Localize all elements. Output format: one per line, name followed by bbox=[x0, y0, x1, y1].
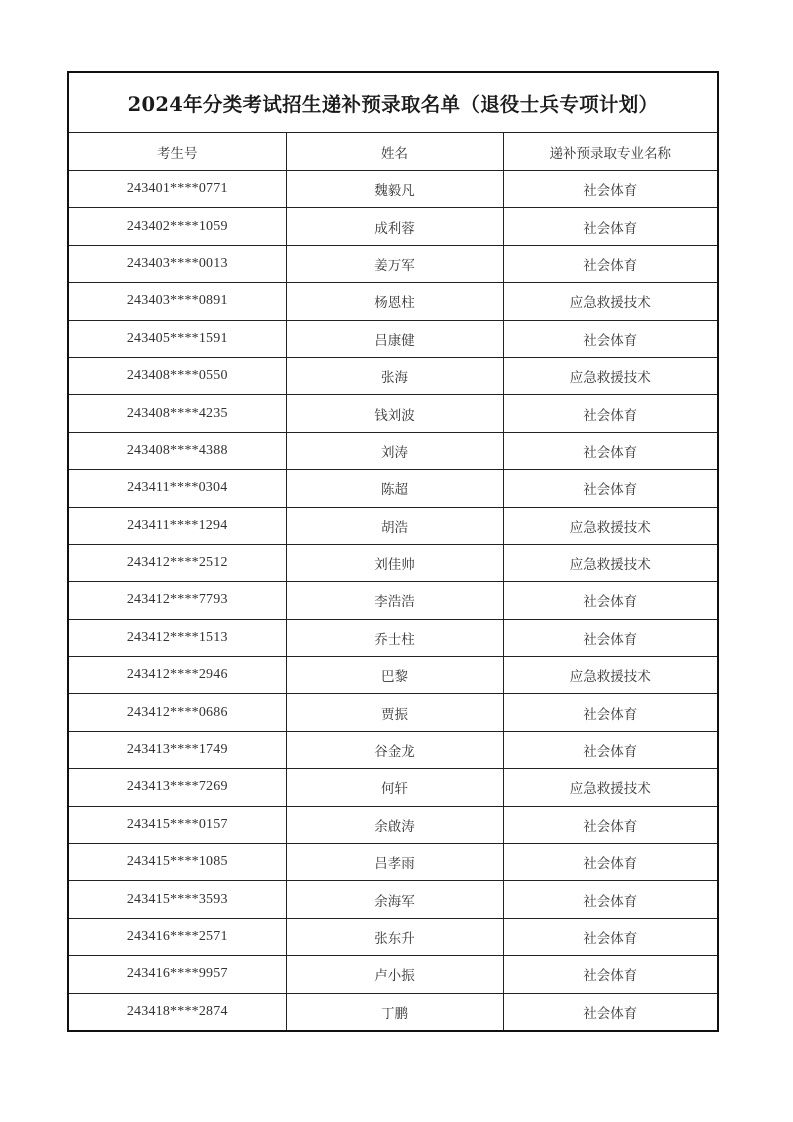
table-row: 243412****2946巴黎应急救援技术 bbox=[69, 657, 717, 694]
title-row: 2024年分类考试招生递补预录取名单（退役士兵专项计划） bbox=[69, 73, 717, 133]
name-cell: 何轩 bbox=[286, 769, 503, 806]
major-cell: 社会体育 bbox=[503, 470, 717, 507]
exam-id-cell: 243403****0013 bbox=[69, 245, 286, 282]
name-cell: 卢小振 bbox=[286, 956, 503, 993]
name-cell: 吕孝雨 bbox=[286, 844, 503, 881]
name-cell: 吕康健 bbox=[286, 320, 503, 357]
major-cell: 应急救援技术 bbox=[503, 544, 717, 581]
admission-list-sheet: 2024年分类考试招生递补预录取名单（退役士兵专项计划） 考生号 姓名 递补预录… bbox=[67, 71, 719, 1032]
admission-table: 2024年分类考试招生递补预录取名单（退役士兵专项计划） 考生号 姓名 递补预录… bbox=[69, 73, 717, 1030]
name-cell: 余海军 bbox=[286, 881, 503, 918]
major-cell: 应急救援技术 bbox=[503, 507, 717, 544]
major-cell: 社会体育 bbox=[503, 694, 717, 731]
exam-id-cell: 243412****7793 bbox=[69, 582, 286, 619]
name-cell: 杨恩柱 bbox=[286, 283, 503, 320]
major-cell: 社会体育 bbox=[503, 918, 717, 955]
name-cell: 成利蓉 bbox=[286, 208, 503, 245]
table-row: 243405****1591吕康健社会体育 bbox=[69, 320, 717, 357]
column-header-name: 姓名 bbox=[286, 133, 503, 171]
major-cell: 社会体育 bbox=[503, 806, 717, 843]
name-cell: 胡浩 bbox=[286, 507, 503, 544]
exam-id-cell: 243412****1513 bbox=[69, 619, 286, 656]
column-header-major: 递补预录取专业名称 bbox=[503, 133, 717, 171]
column-header-row: 考生号 姓名 递补预录取专业名称 bbox=[69, 133, 717, 171]
major-cell: 社会体育 bbox=[503, 993, 717, 1030]
table-row: 243403****0013姜万军社会体育 bbox=[69, 245, 717, 282]
major-cell: 社会体育 bbox=[503, 881, 717, 918]
table-row: 243408****4388刘涛社会体育 bbox=[69, 432, 717, 469]
major-cell: 社会体育 bbox=[503, 208, 717, 245]
column-header-exam-id: 考生号 bbox=[69, 133, 286, 171]
exam-id-cell: 243415****3593 bbox=[69, 881, 286, 918]
name-cell: 张东升 bbox=[286, 918, 503, 955]
exam-id-cell: 243408****4388 bbox=[69, 432, 286, 469]
exam-id-cell: 243405****1591 bbox=[69, 320, 286, 357]
major-cell: 应急救援技术 bbox=[503, 657, 717, 694]
exam-id-cell: 243411****0304 bbox=[69, 470, 286, 507]
exam-id-cell: 243413****7269 bbox=[69, 769, 286, 806]
table-row: 243411****0304陈超社会体育 bbox=[69, 470, 717, 507]
exam-id-cell: 243418****2874 bbox=[69, 993, 286, 1030]
major-cell: 应急救援技术 bbox=[503, 357, 717, 394]
exam-id-cell: 243412****0686 bbox=[69, 694, 286, 731]
exam-id-cell: 243412****2946 bbox=[69, 657, 286, 694]
exam-id-cell: 243408****0550 bbox=[69, 357, 286, 394]
major-cell: 应急救援技术 bbox=[503, 769, 717, 806]
name-cell: 张海 bbox=[286, 357, 503, 394]
exam-id-cell: 243408****4235 bbox=[69, 395, 286, 432]
exam-id-cell: 243415****0157 bbox=[69, 806, 286, 843]
table-row: 243416****9957卢小振社会体育 bbox=[69, 956, 717, 993]
major-cell: 应急救援技术 bbox=[503, 283, 717, 320]
name-cell: 贾振 bbox=[286, 694, 503, 731]
table-row: 243418****2874丁鹏社会体育 bbox=[69, 993, 717, 1030]
table-row: 243402****1059成利蓉社会体育 bbox=[69, 208, 717, 245]
major-cell: 社会体育 bbox=[503, 582, 717, 619]
name-cell: 刘佳帅 bbox=[286, 544, 503, 581]
table-row: 243416****2571张东升社会体育 bbox=[69, 918, 717, 955]
major-cell: 社会体育 bbox=[503, 395, 717, 432]
name-cell: 谷金龙 bbox=[286, 731, 503, 768]
table-row: 243412****1513乔士柱社会体育 bbox=[69, 619, 717, 656]
major-cell: 社会体育 bbox=[503, 171, 717, 208]
document-title: 2024年分类考试招生递补预录取名单（退役士兵专项计划） bbox=[69, 73, 717, 133]
table-row: 243413****7269何轩应急救援技术 bbox=[69, 769, 717, 806]
major-cell: 社会体育 bbox=[503, 731, 717, 768]
name-cell: 巴黎 bbox=[286, 657, 503, 694]
name-cell: 李浩浩 bbox=[286, 582, 503, 619]
exam-id-cell: 243412****2512 bbox=[69, 544, 286, 581]
name-cell: 魏毅凡 bbox=[286, 171, 503, 208]
table-row: 243408****0550张海应急救援技术 bbox=[69, 357, 717, 394]
exam-id-cell: 243416****2571 bbox=[69, 918, 286, 955]
name-cell: 余啟涛 bbox=[286, 806, 503, 843]
major-cell: 社会体育 bbox=[503, 956, 717, 993]
table-row: 243401****0771魏毅凡社会体育 bbox=[69, 171, 717, 208]
table-row: 243412****2512刘佳帅应急救援技术 bbox=[69, 544, 717, 581]
major-cell: 社会体育 bbox=[503, 619, 717, 656]
name-cell: 钱刘波 bbox=[286, 395, 503, 432]
name-cell: 陈超 bbox=[286, 470, 503, 507]
exam-id-cell: 243402****1059 bbox=[69, 208, 286, 245]
exam-id-cell: 243401****0771 bbox=[69, 171, 286, 208]
exam-id-cell: 243411****1294 bbox=[69, 507, 286, 544]
name-cell: 乔士柱 bbox=[286, 619, 503, 656]
exam-id-cell: 243413****1749 bbox=[69, 731, 286, 768]
table-row: 243415****1085吕孝雨社会体育 bbox=[69, 844, 717, 881]
table-row: 243415****0157余啟涛社会体育 bbox=[69, 806, 717, 843]
name-cell: 姜万军 bbox=[286, 245, 503, 282]
name-cell: 丁鹏 bbox=[286, 993, 503, 1030]
exam-id-cell: 243415****1085 bbox=[69, 844, 286, 881]
table-row: 243411****1294胡浩应急救援技术 bbox=[69, 507, 717, 544]
major-cell: 社会体育 bbox=[503, 320, 717, 357]
major-cell: 社会体育 bbox=[503, 432, 717, 469]
table-row: 243403****0891杨恩柱应急救援技术 bbox=[69, 283, 717, 320]
table-row: 243412****0686贾振社会体育 bbox=[69, 694, 717, 731]
exam-id-cell: 243416****9957 bbox=[69, 956, 286, 993]
exam-id-cell: 243403****0891 bbox=[69, 283, 286, 320]
table-row: 243413****1749谷金龙社会体育 bbox=[69, 731, 717, 768]
table-row: 243415****3593余海军社会体育 bbox=[69, 881, 717, 918]
name-cell: 刘涛 bbox=[286, 432, 503, 469]
major-cell: 社会体育 bbox=[503, 844, 717, 881]
table-row: 243412****7793李浩浩社会体育 bbox=[69, 582, 717, 619]
table-row: 243408****4235钱刘波社会体育 bbox=[69, 395, 717, 432]
major-cell: 社会体育 bbox=[503, 245, 717, 282]
